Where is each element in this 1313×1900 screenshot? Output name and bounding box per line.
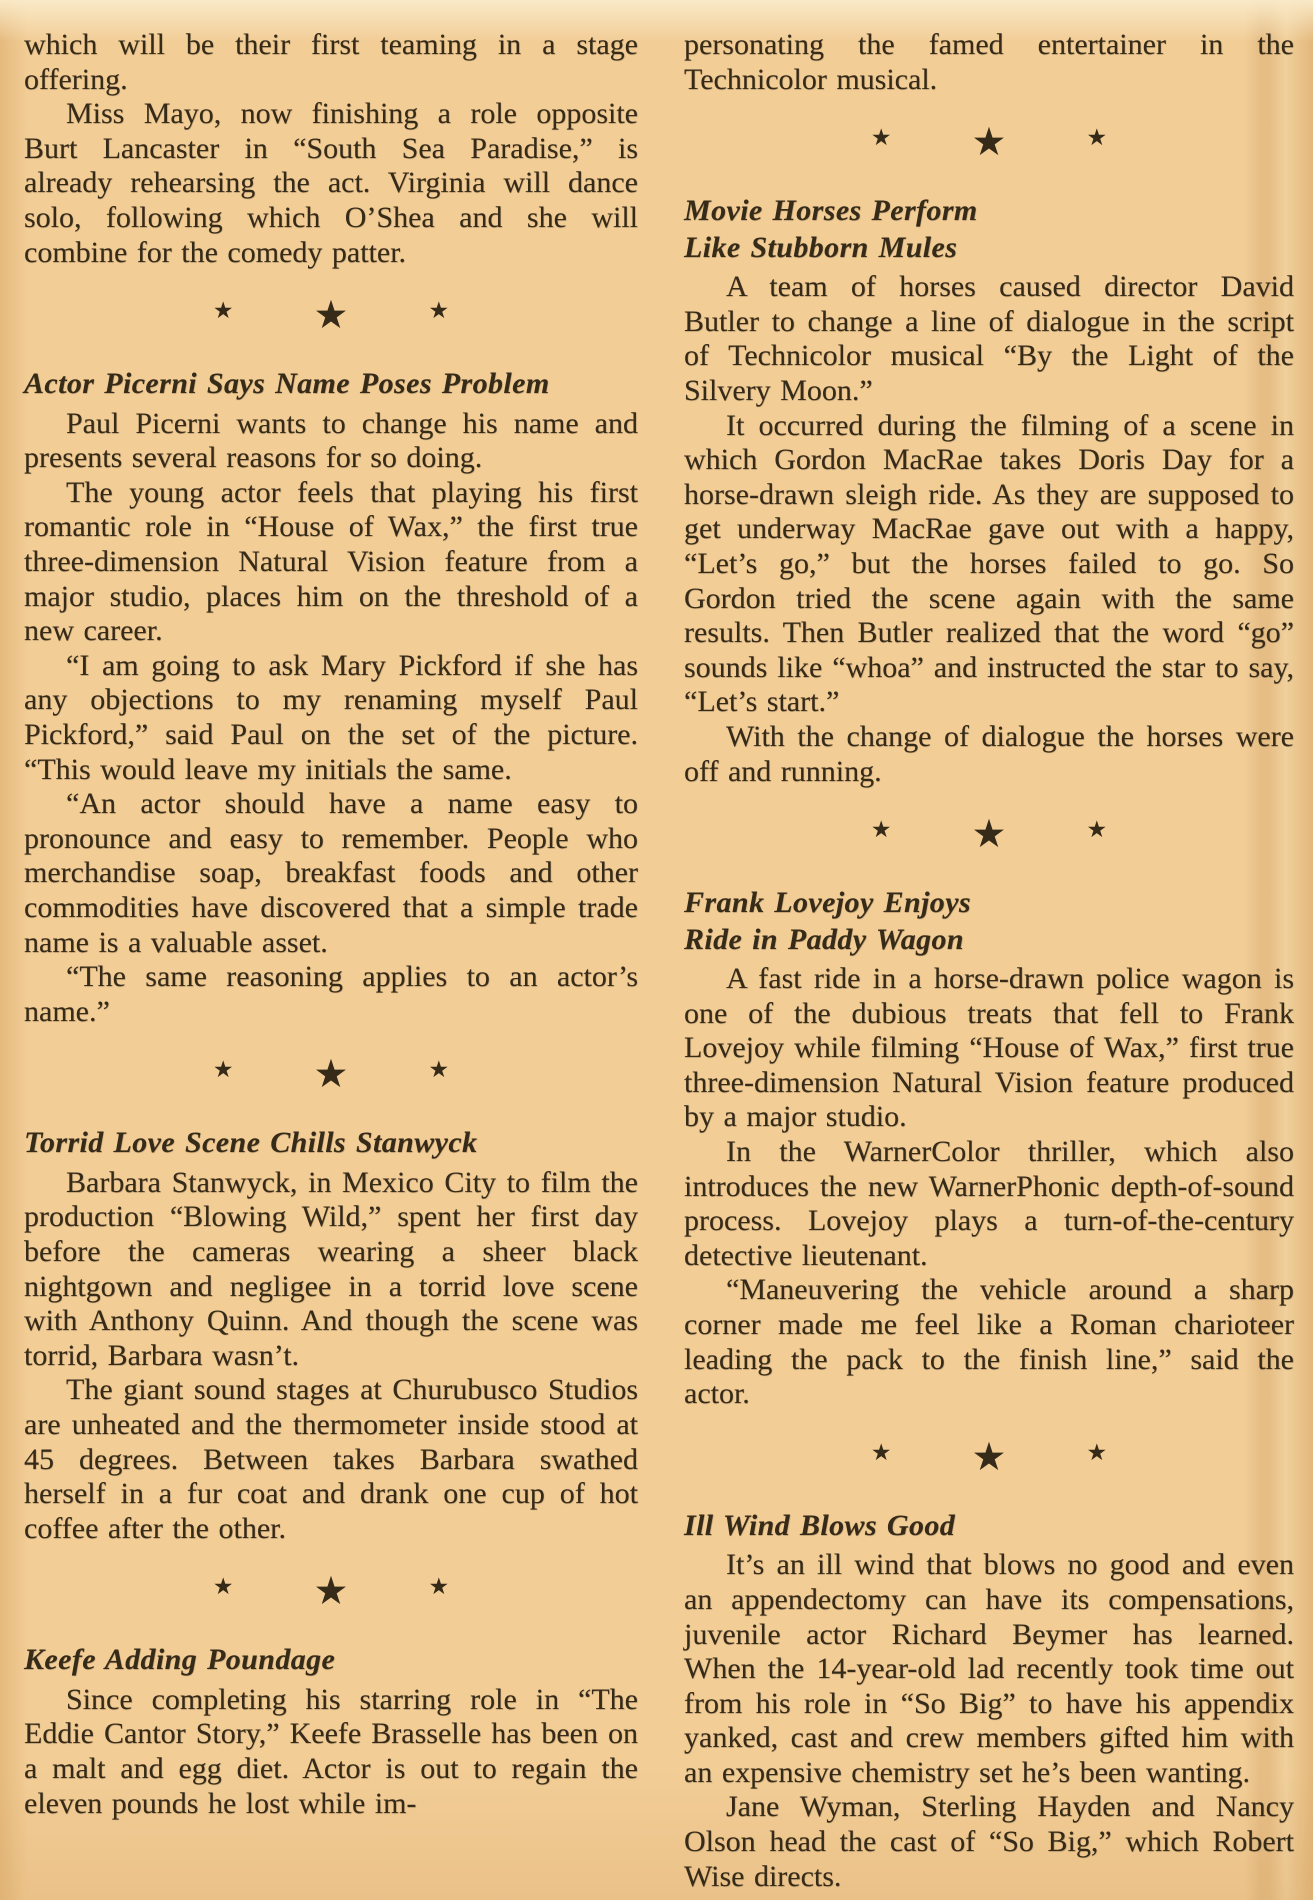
star-divider: ★★★ xyxy=(24,296,638,336)
section-heading: Actor Picerni Says Name Poses Problem xyxy=(24,366,638,403)
star-icon: ★ xyxy=(213,1058,234,1081)
paragraph: personating the famed entertainer in the… xyxy=(684,28,1294,97)
star-icon: ★ xyxy=(428,1575,449,1598)
paragraph: “I am going to ask Mary Pickford if she … xyxy=(24,649,638,787)
paragraph: It’s an ill wind that blows no good and … xyxy=(684,1548,1294,1790)
section-heading-line: Movie Horses Perform xyxy=(684,193,1294,230)
star-icon: ★ xyxy=(314,296,349,335)
star-icon: ★ xyxy=(428,1058,449,1081)
right-column: personating the famed entertainer in the… xyxy=(684,28,1294,1894)
section-heading: Torrid Love Scene Chills Stanwyck xyxy=(24,1125,638,1162)
star-divider: ★★★ xyxy=(684,815,1294,855)
star-icon: ★ xyxy=(972,815,1007,854)
star-icon: ★ xyxy=(314,1572,349,1611)
star-icon: ★ xyxy=(1086,1441,1107,1464)
star-icon: ★ xyxy=(871,1441,892,1464)
paragraph: A fast ride in a horse-drawn police wago… xyxy=(684,962,1294,1135)
section-heading-line: Actor Picerni Says Name Poses Problem xyxy=(24,366,638,403)
star-divider: ★★★ xyxy=(684,1438,1294,1478)
star-icon: ★ xyxy=(213,299,234,322)
paragraph: A team of horses caused director David B… xyxy=(684,270,1294,408)
section-heading-line: Keefe Adding Poundage xyxy=(24,1642,638,1679)
star-divider: ★★★ xyxy=(24,1055,638,1095)
section-heading: Frank Lovejoy EnjoysRide in Paddy Wagon xyxy=(684,885,1294,958)
paragraph: Paul Picerni wants to change his name an… xyxy=(24,407,638,476)
section-heading: Movie Horses PerformLike Stubborn Mules xyxy=(684,193,1294,266)
section-heading-line: Like Stubborn Mules xyxy=(684,230,1294,267)
paragraph: The giant sound stages at Churubusco Stu… xyxy=(24,1373,638,1546)
magazine-page: which will be their first teaming in a s… xyxy=(0,0,1313,1900)
star-icon: ★ xyxy=(428,299,449,322)
section-heading: Ill Wind Blows Good xyxy=(684,1508,1294,1545)
paragraph: “The same reasoning applies to an actor’… xyxy=(24,960,638,1029)
section-heading-line: Torrid Love Scene Chills Stanwyck xyxy=(24,1125,638,1162)
paragraph: The young actor feels that playing his f… xyxy=(24,476,638,649)
section-heading-line: Ride in Paddy Wagon xyxy=(684,922,1294,959)
paragraph: With the change of dialogue the horses w… xyxy=(684,720,1294,789)
paragraph: Jane Wyman, Sterling Hayden and Nancy Ol… xyxy=(684,1790,1294,1894)
section-heading-line: Ill Wind Blows Good xyxy=(684,1508,1294,1545)
star-icon: ★ xyxy=(314,1055,349,1094)
star-icon: ★ xyxy=(871,818,892,841)
star-icon: ★ xyxy=(213,1575,234,1598)
paragraph: which will be their first teaming in a s… xyxy=(24,28,638,97)
paragraph: In the WarnerColor thriller, which also … xyxy=(684,1135,1294,1273)
paragraph: Miss Mayo, now finishing a role opposite… xyxy=(24,97,638,270)
star-divider: ★★★ xyxy=(684,123,1294,163)
section-heading: Keefe Adding Poundage xyxy=(24,1642,638,1679)
star-icon: ★ xyxy=(972,1438,1007,1477)
paragraph: “An actor should have a name easy to pro… xyxy=(24,787,638,960)
star-icon: ★ xyxy=(871,126,892,149)
paragraph: “Maneuvering the vehicle around a sharp … xyxy=(684,1273,1294,1411)
star-divider: ★★★ xyxy=(24,1572,638,1612)
paragraph: It occurred during the filming of a scen… xyxy=(684,409,1294,720)
star-icon: ★ xyxy=(972,123,1007,162)
left-column: which will be their first teaming in a s… xyxy=(24,28,638,1821)
star-icon: ★ xyxy=(1086,818,1107,841)
paragraph: Since completing his starring role in “T… xyxy=(24,1683,638,1821)
paragraph: Barbara Stanwyck, in Mexico City to film… xyxy=(24,1166,638,1374)
section-heading-line: Frank Lovejoy Enjoys xyxy=(684,885,1294,922)
star-icon: ★ xyxy=(1086,126,1107,149)
